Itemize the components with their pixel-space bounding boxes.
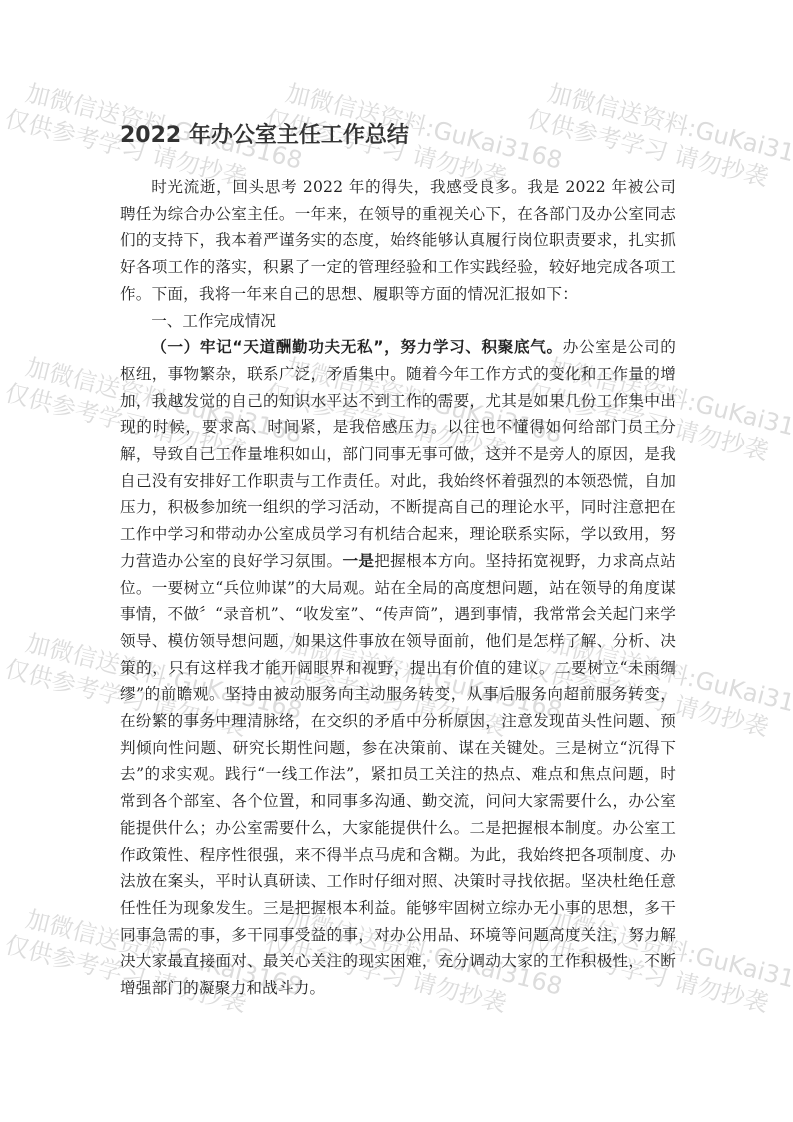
point-label: 一是 — [342, 552, 374, 570]
subsection-paragraph: （一）牢记“天道酬勤功夫无私”，努力学习、积聚底气。办公室是公司的枢纽，事物繁杂… — [120, 334, 676, 1002]
point-text: 把握根本方向。坚持拓宽视野，力求高点站位。一要树立“兵位帅谋”的大局观。站在全局… — [120, 552, 676, 837]
subsection-text: 办公室是公司的枢纽，事物繁杂，联系广泛，矛盾集中。随着今年工作方式的变化和工作量… — [120, 338, 676, 570]
section-heading: 一、工作完成情况 — [120, 308, 676, 335]
point-label: 三是 — [263, 899, 295, 917]
intro-paragraph: 时光流逝，回头思考 2022 年的得失，我感受良多。我是 2022 年被公司聘任… — [120, 174, 676, 308]
document-page: 加微信送资料:GuKai3168仅供参考学习 请勿抄袭 加微信送资料:GuKai… — [0, 0, 793, 1122]
document-title: 2022 年办公室主任工作总结 — [120, 120, 676, 152]
point-label: 二是 — [470, 819, 502, 837]
subsection-heading: （一）牢记“天道酬勤功夫无私”，努力学习、积聚底气。 — [151, 338, 563, 356]
document-body: 2022 年办公室主任工作总结 时光流逝，回头思考 2022 年的得失，我感受良… — [120, 120, 676, 1002]
